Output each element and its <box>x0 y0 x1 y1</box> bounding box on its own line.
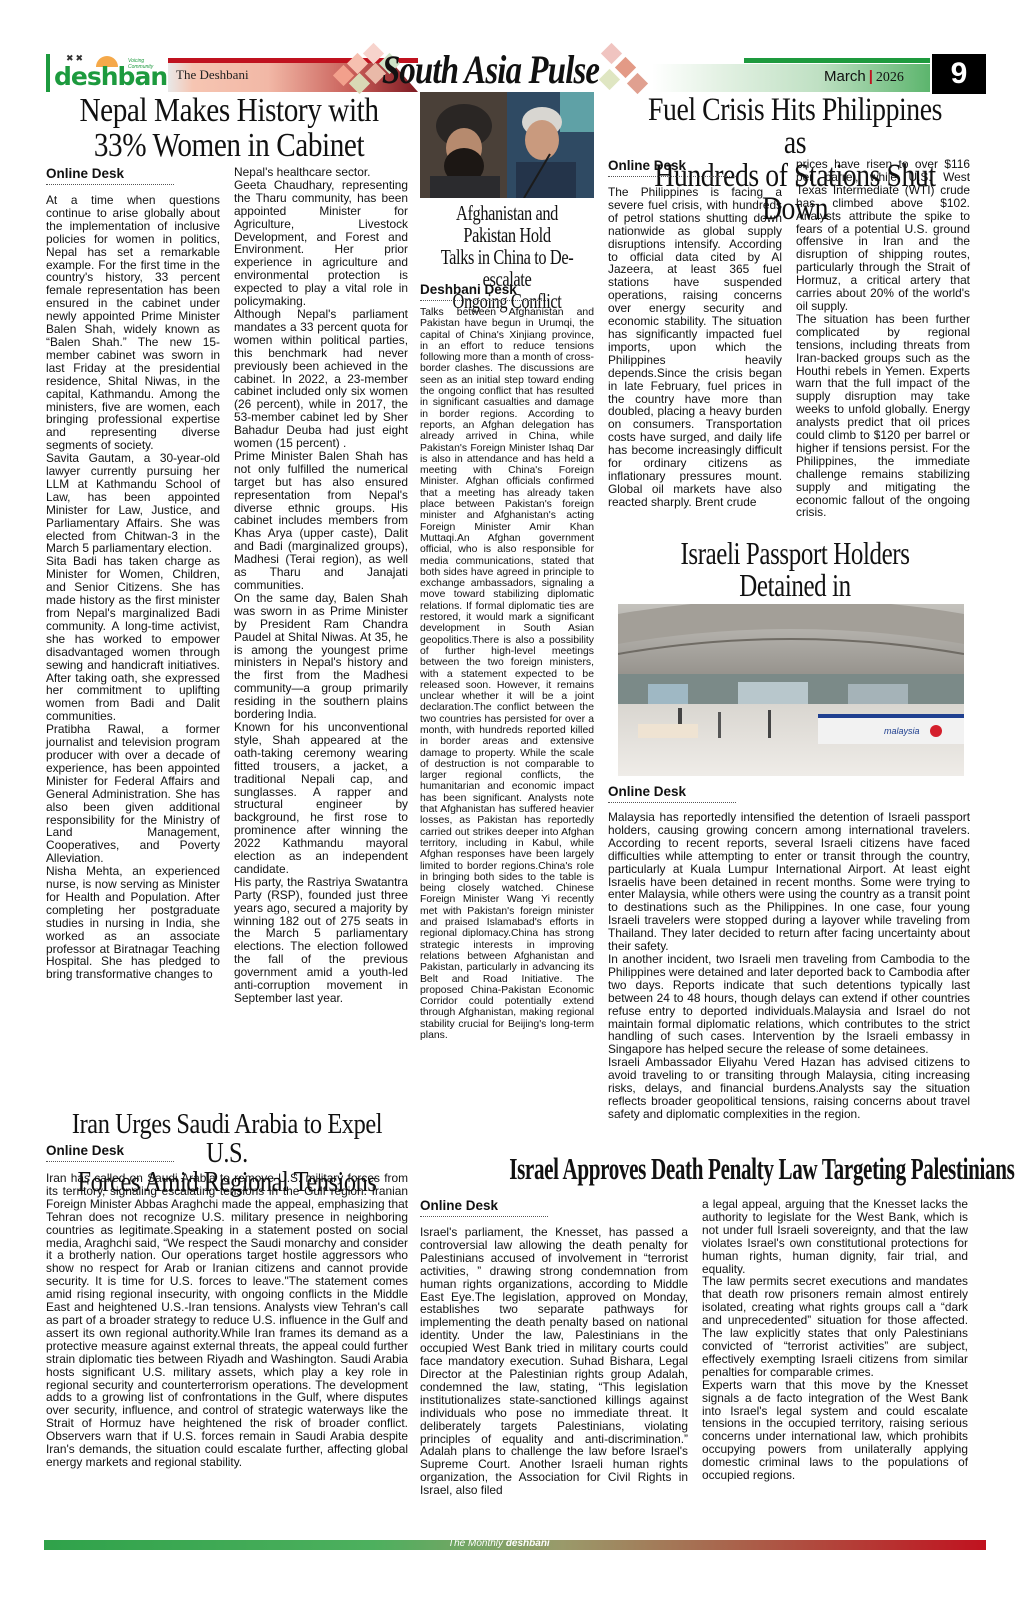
paragraph: His party, the Rastriya Swatantra Party … <box>234 876 408 1005</box>
issue-month: March <box>824 68 866 85</box>
headline-line: 33% Women in Cabinet <box>70 129 388 164</box>
paragraph: On the same day, Balen Shah was sworn in… <box>234 592 408 721</box>
desk-label: Online Desk <box>46 1143 174 1158</box>
headline-line: Israel Approves Death Penalty Law Target… <box>509 1152 897 1186</box>
headline-line: Israeli Passport Holders Detained in <box>646 537 944 601</box>
paragraph: Israeli Ambassador Eliyahu Vered Hazan h… <box>608 1056 970 1121</box>
page-number: 9 <box>932 54 986 94</box>
article-israel-col2: a legal appeal, arguing that the Knesset… <box>702 1198 968 1482</box>
paragraph: Nisha Mehta, an experienced nurse, is no… <box>46 865 220 981</box>
paragraph: Known for his unconventional style, Shah… <box>234 721 408 876</box>
paragraph: Iran has called on Saudi Arabia to remov… <box>46 1172 408 1469</box>
date-separator: | <box>869 68 873 85</box>
paragraph: Nepal's healthcare sector. <box>234 166 408 179</box>
dotted-divider <box>608 176 736 177</box>
headline-line: Nepal Makes History with <box>70 94 388 129</box>
logo-part-b: sh <box>87 62 118 91</box>
paragraph: Prime Minister Balen Shah has not only f… <box>234 450 408 592</box>
dotted-divider <box>608 802 736 803</box>
issue-year: 2026 <box>876 70 904 85</box>
logo-part-a: de <box>54 62 87 91</box>
desk-label: Online Desk <box>608 158 736 173</box>
afghan-pakistan-ministers-photo <box>420 92 594 198</box>
paragraph: prices have risen to over $116 per barre… <box>796 158 970 313</box>
article-nepal-col1: At a time when questions continue to ari… <box>46 194 220 981</box>
logo-accent-bar <box>46 54 50 92</box>
article-nepal-headline: Nepal Makes History with 33% Women in Ca… <box>44 94 414 163</box>
paragraph: Talks between Afghanistan and Pakistan h… <box>420 307 594 1041</box>
paragraph: Sita Badi has taken charge as Minister f… <box>46 555 220 723</box>
headline-line: Fuel Crisis Hits Philippines as <box>635 94 956 160</box>
footer-label: The Monthly deshbani <box>448 1538 550 1549</box>
deshbani-logo: ✖✖ Voicing Community deshbani <box>44 48 166 94</box>
paragraph: Although Nepal's parliament mandates a 3… <box>234 308 408 450</box>
logo-wordmark: deshbani <box>54 62 175 92</box>
paragraph: In another incident, two Israeli men tra… <box>608 953 970 1056</box>
paragraph: The law permits secret executions and ma… <box>702 1275 968 1378</box>
paragraph: At a time when questions continue to ari… <box>46 194 220 452</box>
paragraph: Savita Gautam, a 30-year-old lawyer curr… <box>46 452 220 555</box>
byline-philippines: Online Desk <box>608 158 736 177</box>
masthead: ✖✖ Voicing Community deshbani The Deshba… <box>44 48 986 96</box>
paragraph: Malaysia has reportedly intensified the … <box>608 811 970 953</box>
article-israel-headline: Israel Approves Death Penalty Law Target… <box>418 1152 988 1186</box>
byline-iran: Online Desk <box>46 1143 174 1162</box>
green-header-rule <box>744 58 930 63</box>
byline-nepal: Online Desk <box>46 166 174 185</box>
paragraph: The Philippines is facing a severe fuel … <box>608 186 782 509</box>
malaysia-sign-text: malaysia <box>884 726 920 736</box>
kuala-lumpur-airport-photo: malaysia <box>618 604 964 776</box>
article-malaysia-body: Malaysia has reportedly intensified the … <box>608 811 970 1121</box>
dotted-divider <box>46 1161 174 1162</box>
desk-label: Online Desk <box>420 1198 548 1213</box>
paragraph: Geeta Chaudhary, representing the Tharu … <box>234 179 408 308</box>
dotted-divider <box>46 184 174 185</box>
article-nepal-col2: Nepal's healthcare sector. Geeta Chaudha… <box>234 166 408 1005</box>
paragraph: Experts warn that this move by the Kness… <box>702 1379 968 1482</box>
logo-part-c: bani <box>118 62 175 91</box>
article-philippines-col2: prices have risen to over $116 per barre… <box>796 158 970 519</box>
desk-label: Online Desk <box>608 784 736 799</box>
byline-israel: Online Desk <box>420 1198 548 1217</box>
article-philippines-col1: The Philippines is facing a severe fuel … <box>608 186 782 509</box>
section-title: South Asia Pulse <box>382 46 599 93</box>
issue-date: March|2026 <box>824 68 904 86</box>
headline-line: Afghanistan and Pakistan Hold <box>434 202 579 246</box>
desk-label: Deshbani Desk <box>420 282 548 297</box>
article-afghan-body: Talks between Afghanistan and Pakistan h… <box>420 307 594 1041</box>
dotted-divider <box>420 300 548 301</box>
byline-malaysia: Online Desk <box>608 784 736 803</box>
dotted-divider <box>420 1216 548 1217</box>
byline-afghan: Deshbani Desk <box>420 282 548 301</box>
footer-brand: deshbani <box>506 1538 550 1549</box>
desk-label: Online Desk <box>46 166 174 181</box>
publication-label: The Deshbani <box>176 67 249 83</box>
paragraph: Israel's parliament, the Knesset, has pa… <box>420 1226 688 1497</box>
article-israel-col1: Israel's parliament, the Knesset, has pa… <box>420 1226 688 1497</box>
paragraph: a legal appeal, arguing that the Knesset… <box>702 1198 968 1275</box>
footer-prefix: The Monthly <box>448 1538 503 1549</box>
paragraph: Pratibha Rawal, a former journalist and … <box>46 723 220 865</box>
paragraph: The situation has been further complicat… <box>796 313 970 520</box>
article-iran-body: Iran has called on Saudi Arabia to remov… <box>46 1172 408 1469</box>
